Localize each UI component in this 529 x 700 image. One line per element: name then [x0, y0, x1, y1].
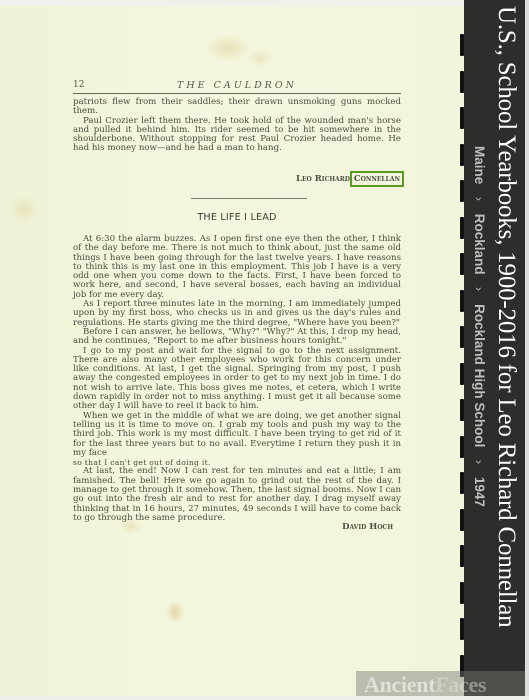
paragraph: As I report three minutes late in the mo… [73, 300, 401, 328]
story-body: At 6:30 the alarm buzzes. As I open firs… [73, 235, 401, 523]
previous-story-ending: patriots flew from their saddles; their … [73, 98, 401, 154]
author-first-name: Leo Richard [296, 174, 350, 184]
journal-title: THE CAULDRON [73, 81, 401, 90]
breadcrumb: Maine › Rockland › Rockland High School … [471, 146, 487, 507]
watermark-part-1: Ancient [364, 672, 435, 697]
watermark-logo: AncientFaces [356, 671, 525, 698]
paragraph: Before I can answer, he bellows, "Why?" … [73, 328, 401, 347]
section-divider [191, 198, 307, 199]
breadcrumb-item-school[interactable]: Rockland High School [472, 304, 487, 447]
chevron-right-icon: › [471, 287, 487, 291]
paragraph: At 6:30 the alarm buzzes. As I open firs… [73, 235, 401, 300]
yearbook-viewer: 12 THE CAULDRON patriots flew from their… [0, 0, 529, 700]
highlighted-name[interactable]: Connellan [353, 174, 401, 184]
story-author: David Hoch [73, 523, 393, 532]
chevron-right-icon: › [471, 460, 487, 464]
sidebar-edge [525, 0, 529, 700]
paragraph: When we get in the middle of what we are… [73, 412, 401, 458]
paragraph: At last, the end! Now I can rest for ten… [73, 467, 401, 523]
paragraph: I go to my post and wait for the signal … [73, 347, 401, 412]
bottom-strip [0, 696, 529, 700]
breadcrumb-item-city[interactable]: Rockland [472, 214, 487, 275]
running-head: 12 THE CAULDRON [73, 81, 401, 94]
record-title: U.S., School Yearbooks, 1900-2016 for Le… [491, 6, 521, 627]
paragraph: Paul Crozier left them there. He took ho… [73, 117, 401, 154]
yearbook-page-image[interactable]: 12 THE CAULDRON patriots flew from their… [0, 6, 464, 696]
chevron-right-icon: › [471, 197, 487, 201]
breadcrumb-item-state[interactable]: Maine [472, 146, 487, 184]
story-title: THE LIFE I LEAD [73, 213, 401, 222]
watermark-part-2: Faces [435, 672, 486, 697]
paragraph: patriots flew from their saddles; their … [73, 98, 401, 117]
breadcrumb-item-year[interactable]: 1947 [472, 477, 487, 507]
previous-story-author: Leo Richard Connellan [73, 175, 401, 184]
